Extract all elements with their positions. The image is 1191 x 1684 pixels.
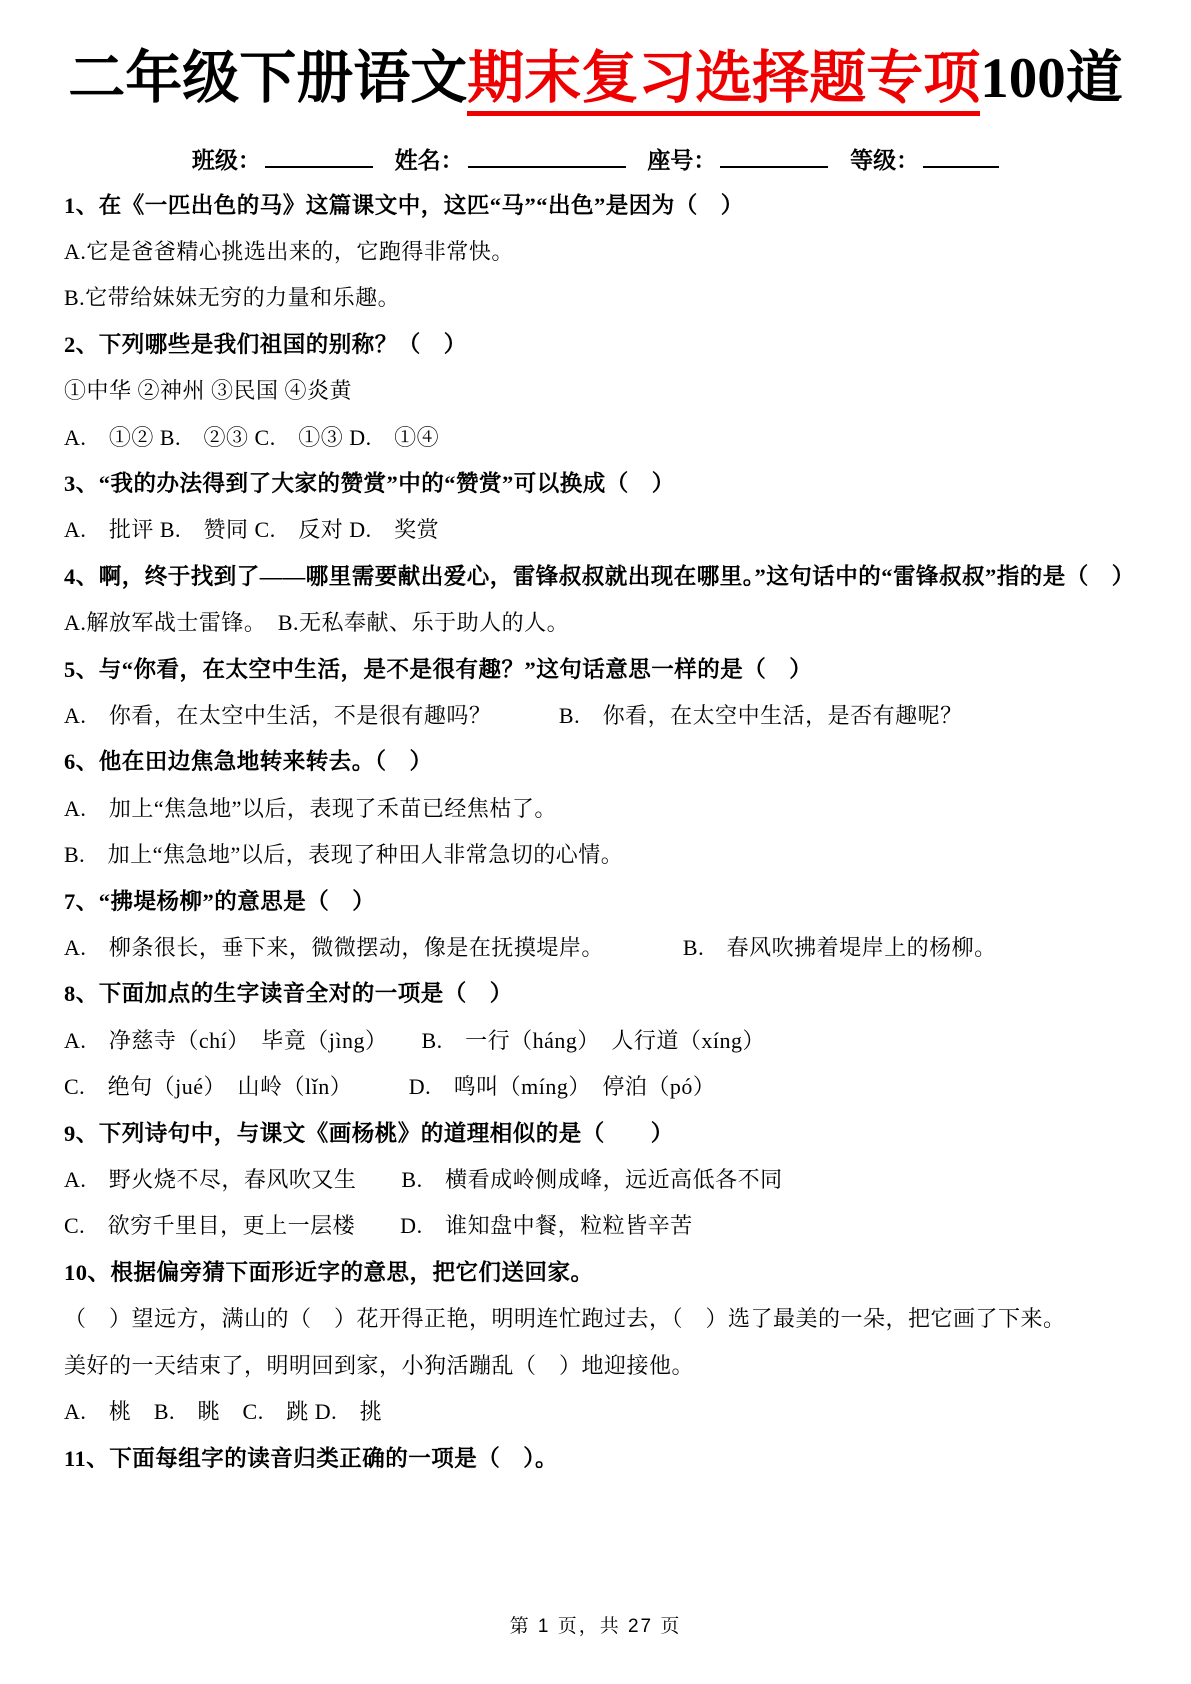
question-stem: 4、啊，终于找到了——哪里需要献出爱心，雷锋叔叔就出现在哪里。”这句话中的“雷锋…	[64, 554, 1127, 600]
seat-field: 座号：	[647, 148, 828, 173]
class-field: 班级：	[192, 148, 373, 173]
question-stem: 1、在《一匹出色的马》这篇课文中，这匹“马”“出色”是因为（ ）	[64, 183, 1127, 229]
seat-label: 座号：	[647, 148, 716, 173]
class-blank-line	[265, 144, 373, 168]
seat-blank-line	[720, 144, 828, 168]
question-line: A. 柳条很长，垂下来，微微摆动，像是在抚摸堤岸。 B. 春风吹拂着堤岸上的杨柳…	[64, 925, 1127, 971]
name-field: 姓名：	[395, 148, 626, 173]
question-line: A. 净慈寺（chí） 毕竟（jìng） B. 一行（háng） 人行道（xín…	[64, 1018, 1127, 1064]
question-line: A.它是爸爸精心挑选出来的，它跑得非常快。	[64, 229, 1127, 275]
class-label: 班级：	[192, 148, 261, 173]
grade-label: 等级：	[850, 148, 919, 173]
document-page: 二年级下册语文期末复习选择题专项100道 班级： 姓名： 座号： 等级： 1、在…	[0, 0, 1191, 1684]
title-black-left: 二年级下册语文	[68, 47, 467, 110]
question-line: ①中华 ②神州 ③民国 ④炎黄	[64, 368, 1127, 414]
grade-blank-line	[923, 144, 999, 168]
question-lines: 1、在《一匹出色的马》这篇课文中，这匹“马”“出色”是因为（ ）A.它是爸爸精心…	[64, 183, 1127, 1482]
question-stem: 6、他在田边焦急地转来转去。（ ）	[64, 739, 1127, 785]
question-line: A. ①② B. ②③ C. ①③ D. ①④	[64, 415, 1127, 461]
question-line: A. 批评 B. 赞同 C. 反对 D. 奖赏	[64, 507, 1127, 553]
question-stem: 11、下面每组字的读音归类正确的一项是（ ）。	[64, 1436, 1127, 1482]
title-black-right: 100道	[980, 47, 1123, 110]
page-title: 二年级下册语文期末复习选择题专项100道	[64, 46, 1127, 112]
question-stem: 7、“拂堤杨柳”的意思是（ ）	[64, 879, 1127, 925]
question-stem: 10、根据偏旁猜下面形近字的意思，把它们送回家。	[64, 1250, 1127, 1296]
question-stem: 9、下列诗句中，与课文《画杨桃》的道理相似的是（ ）	[64, 1111, 1127, 1157]
question-line: （ ）望远方，满山的（ ）花开得正艳，明明连忙跑过去，（ ）选了最美的一朵，把它…	[64, 1296, 1127, 1342]
question-line: B.它带给妹妹无穷的力量和乐趣。	[64, 275, 1127, 321]
question-line: A.解放军战士雷锋。 B.无私奉献、乐于助人的人。	[64, 600, 1127, 646]
question-line: A. 桃 B. 眺 C. 跳 D. 挑	[64, 1389, 1127, 1435]
page-number-footer: 第 1 页，共 27 页	[0, 1611, 1191, 1638]
question-line: C. 绝句（jué） 山岭（lǐn） D. 鸣叫（míng） 停泊（pó）	[64, 1064, 1127, 1110]
question-stem: 2、下列哪些是我们祖国的别称？（ ）	[64, 322, 1127, 368]
question-line: C. 欲穷千里目，更上一层楼 D. 谁知盘中餐，粒粒皆辛苦	[64, 1203, 1127, 1249]
question-line: 美好的一天结束了，明明回到家，小狗活蹦乱（ ）地迎接他。	[64, 1343, 1127, 1389]
student-info-row: 班级： 姓名： 座号： 等级：	[64, 142, 1127, 175]
name-label: 姓名：	[395, 148, 464, 173]
question-stem: 8、下面加点的生字读音全对的一项是（ ）	[64, 971, 1127, 1017]
grade-field: 等级：	[850, 148, 999, 173]
name-blank-line	[468, 144, 626, 168]
question-line: A. 加上“焦急地”以后，表现了禾苗已经焦枯了。	[64, 786, 1127, 832]
title-red-underlined: 期末复习选择题专项	[467, 47, 980, 116]
question-line: B. 加上“焦急地”以后，表现了种田人非常急切的心情。	[64, 832, 1127, 878]
question-line: A. 野火烧不尽，春风吹又生 B. 横看成岭侧成峰，远近高低各不同	[64, 1157, 1127, 1203]
question-stem: 5、与“你看，在太空中生活，是不是很有趣？”这句话意思一样的是（ ）	[64, 647, 1127, 693]
question-line: A. 你看，在太空中生活，不是很有趣吗？ B. 你看，在太空中生活，是否有趣呢？	[64, 693, 1127, 739]
question-stem: 3、“我的办法得到了大家的赞赏”中的“赞赏”可以换成（ ）	[64, 461, 1127, 507]
